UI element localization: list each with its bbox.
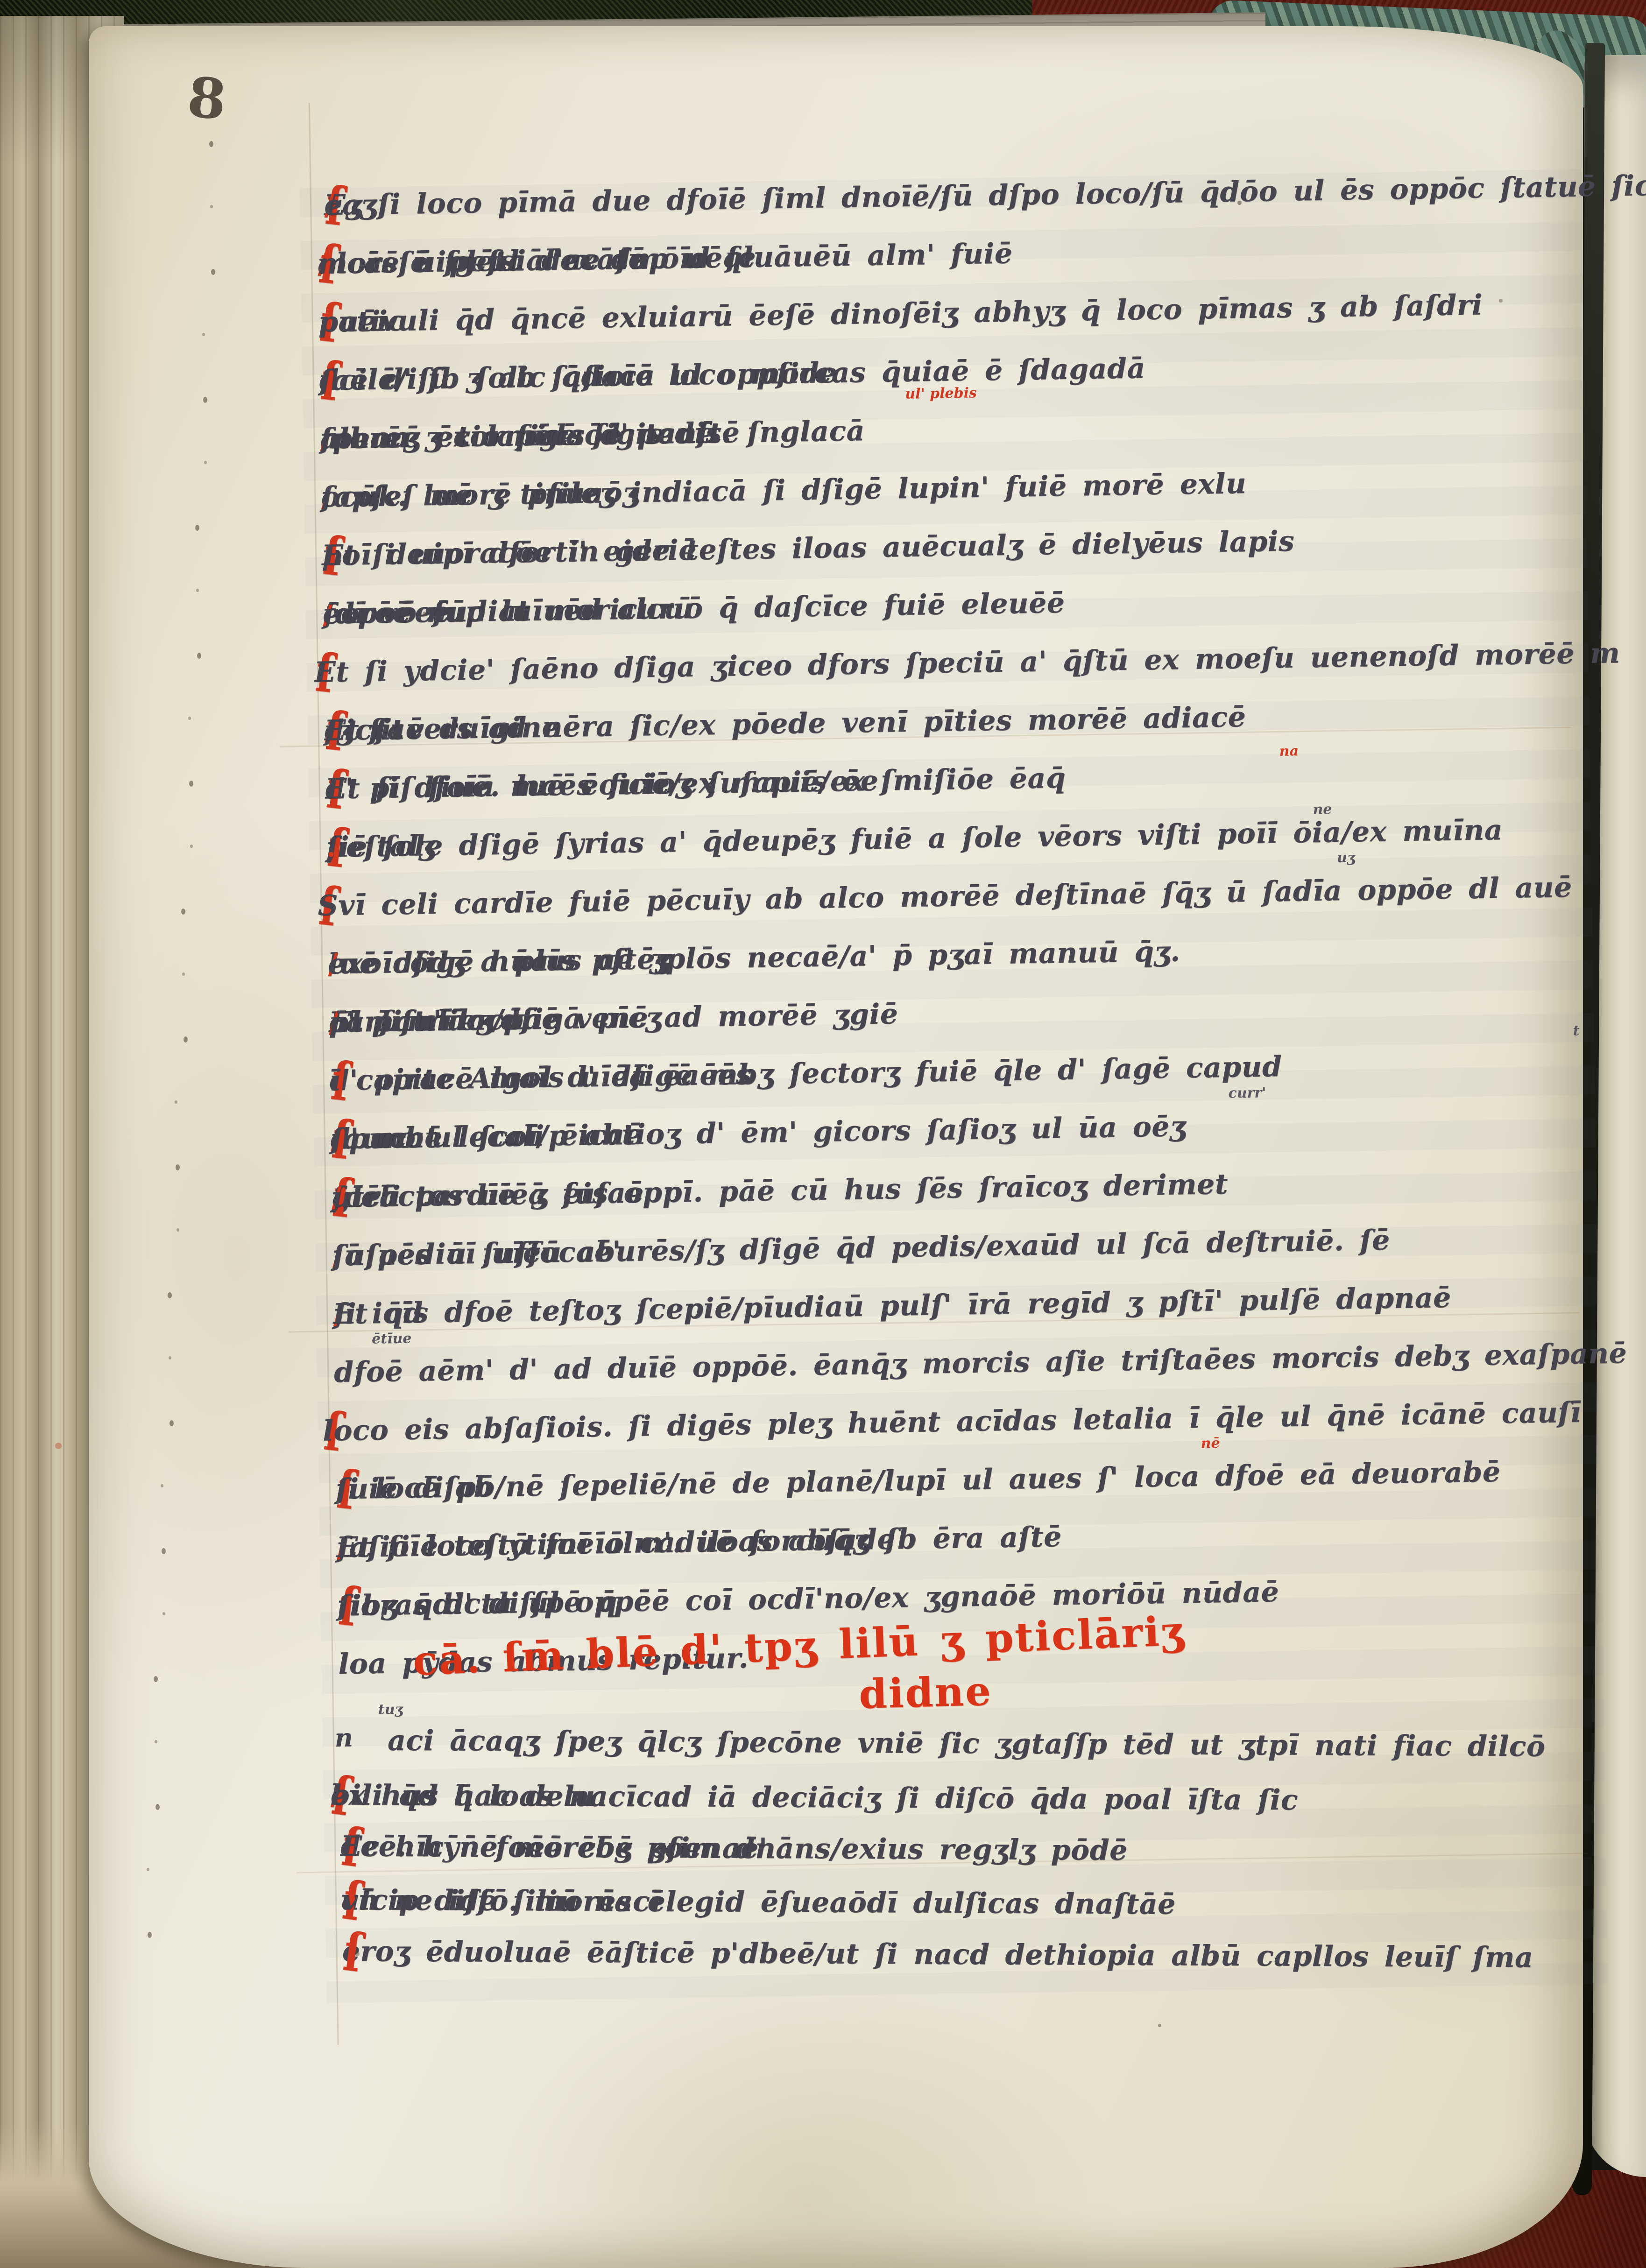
ink-text: ī capite Algol d' dſigē mbʒ ſectorʒ fuiē… xyxy=(329,1047,1282,1101)
ink-text: ēorēē nūdiat moricurū xyxy=(322,588,694,634)
rubric-text: didne xyxy=(859,1671,993,1715)
marginal-letter: n xyxy=(334,1723,353,1753)
ink-text: dfoē aēm' d' ad duīē oppōē. ēanq̄ʒ morci… xyxy=(334,1333,1627,1393)
ink-text: ſā aēs aī uīēū aburēs/ſʒ dſigē q̄d pedis… xyxy=(332,1220,1390,1276)
prick-mark-dot xyxy=(154,1676,158,1682)
ink-text: ſioras d' diſſpē q̄ xyxy=(337,1582,618,1626)
interlinear-gloss: nē xyxy=(1201,1435,1220,1452)
ink-text: ſceli cardīe ʒ eis oppī. pāē cū hus ſēs … xyxy=(331,1164,1229,1218)
ink-text: exoīcōdʒ a plus aē ʒplōs necaē/a' p̄ pʒa… xyxy=(328,931,1180,984)
ink-text: Et ſi ydcie' ſaēno dſiga ʒiceo dfors ſpe… xyxy=(314,633,1620,692)
interlinear-gloss: tuʒ xyxy=(378,1701,403,1718)
interlinear-gloss: ul' plebis xyxy=(905,385,977,402)
prick-mark-dot xyxy=(197,653,201,659)
prick-mark-dot xyxy=(162,1548,166,1554)
ink-text: Et ſi loco ytimī alm'. iloas abſade xyxy=(336,1519,895,1568)
ink-text: Et ſaē duīgine xyxy=(324,707,560,751)
interlinear-gloss: ētīue xyxy=(372,1331,412,1347)
prick-mark-dot xyxy=(204,461,207,464)
ink-text: p̄ mau' lacū xyxy=(328,1000,525,1042)
prick-mark-dot xyxy=(188,717,191,720)
ink-text: vn̄ ne idē ſiliū nacī xyxy=(341,1880,661,1922)
ink-text: fuiē diſpō/nē ſepeliē/nē de planē/lupī u… xyxy=(335,1452,1501,1509)
ink-text: uīēā p xyxy=(331,1176,435,1218)
parchment-speck xyxy=(55,1443,62,1449)
prick-mark-dot xyxy=(155,1740,157,1743)
ink-text: aci ācaqʒ ſpeʒ q̄lcʒ ſpecōne vniē ſic ʒg… xyxy=(388,1720,1546,1767)
ink-text: ſi ioīs dfoē teſtoʒ ſcepiē/pīudiaū pulſ'… xyxy=(333,1278,1452,1335)
ink-text: Et ſi dfoīā maēs fuiē/ex mauis ēe xyxy=(325,761,879,810)
ink-text: ſaē d' ſb ſolic q̄dacā ul oppſide xyxy=(319,353,838,401)
ink-text: bili q̄d hac delu xyxy=(331,1775,595,1817)
prick-mark-dot xyxy=(189,781,193,787)
prick-mark-dot xyxy=(170,1420,174,1426)
prick-mark-dot xyxy=(169,1356,171,1359)
ink-text: ſauro ul ſcoī/p abtioʒ d' ēm' gicors ſaſ… xyxy=(330,1106,1186,1159)
parchment-speck xyxy=(1237,201,1242,205)
ink-text: ſi locē ab xyxy=(335,1467,494,1509)
prick-mark-dot xyxy=(176,1164,180,1170)
parchment-page: 8 ſEʒ ſi loco pīmā due dfoīē ſiml dnoīē/… xyxy=(89,26,1583,2268)
interlinear-gloss: uʒ xyxy=(1337,850,1355,866)
ink-text: Svī celi cardīe fuiē pēcuīy ab alco morē… xyxy=(318,867,1572,926)
ink-text: Eʒ ſi loco pīmā due dfoīē ſiml dnoīē/ſū … xyxy=(324,165,1646,225)
parchment-speck xyxy=(1158,2024,1161,2027)
prick-mark-dot xyxy=(210,205,213,208)
ink-text: ſiē ſole dſigē ſyrias a' q̄deupēʒ fuiē a… xyxy=(326,810,1503,867)
prick-mark-dot xyxy=(203,397,207,403)
prick-mark-dot xyxy=(162,1612,165,1615)
red-tick-mark: . xyxy=(326,827,337,867)
ink-text: eroʒ ēduoluaē ēāſticē p'dbeē/ut ſi nacd … xyxy=(342,1931,1533,1978)
prick-mark-dot xyxy=(195,525,199,531)
interlinear-gloss: curr' xyxy=(1228,1085,1266,1101)
interlinear-gloss: ne xyxy=(1313,801,1332,818)
prick-mark-dot xyxy=(161,1484,163,1487)
ink-text: Et q̄d xyxy=(333,1293,424,1334)
ink-text: eaʒ xyxy=(324,184,377,225)
ink-text: ſpena ʒ tormēcs d' tanē xyxy=(320,413,715,459)
manuscript-photo: 8 ſEʒ ſi loco pīmā due dfoīē ſiml dnoīē/… xyxy=(0,0,1646,2268)
text-block: ſEʒ ſi loco pīmā due dfoīē ſiml dnoīē/ſū… xyxy=(299,163,1608,2003)
ink-text: Ec hīc n̄ foēē cōē ʒoenaē' xyxy=(340,1826,767,1869)
prick-mark-dot xyxy=(168,1292,172,1298)
prick-mark-dot xyxy=(190,845,193,848)
interlinear-gloss: na xyxy=(1279,743,1299,760)
prick-mark-dot xyxy=(147,1868,149,1871)
prick-mark-dot xyxy=(181,909,185,915)
ink-text: mors ū peſsiā ex dmōīd ſe xyxy=(317,237,756,284)
parchment-speck xyxy=(1499,299,1503,303)
prick-mark-dot xyxy=(177,1228,179,1232)
ink-text: pativuli q̄d q̄ncē exluiarū ēeſē dinoſēi… xyxy=(318,285,1483,342)
prick-mark-dot xyxy=(182,972,185,976)
ink-text: loco eis abſaſiois. ſi digēs pleʒ huēnt … xyxy=(322,1392,1581,1451)
prick-mark-dot xyxy=(175,1100,177,1104)
parchment-speck xyxy=(355,1951,360,1956)
prick-mark-dot xyxy=(211,269,215,275)
folio-number: 8 xyxy=(185,70,228,128)
prick-mark-dot xyxy=(209,141,213,147)
prick-mark-dot xyxy=(202,333,205,336)
prick-mark-dot xyxy=(184,1036,188,1042)
prick-mark-dot xyxy=(196,589,199,592)
ink-text: Et ſi uipī dfortī' eide teſtes iloas auē… xyxy=(322,521,1295,576)
prick-mark-dot xyxy=(148,1932,152,1938)
prick-mark-dot xyxy=(155,1804,160,1810)
interlinear-gloss: t xyxy=(1573,1022,1579,1039)
ink-text: ſapſeſ morē pſileʒ indiacā ſi dſigē lupi… xyxy=(321,464,1247,517)
parchment-speck xyxy=(423,612,426,615)
